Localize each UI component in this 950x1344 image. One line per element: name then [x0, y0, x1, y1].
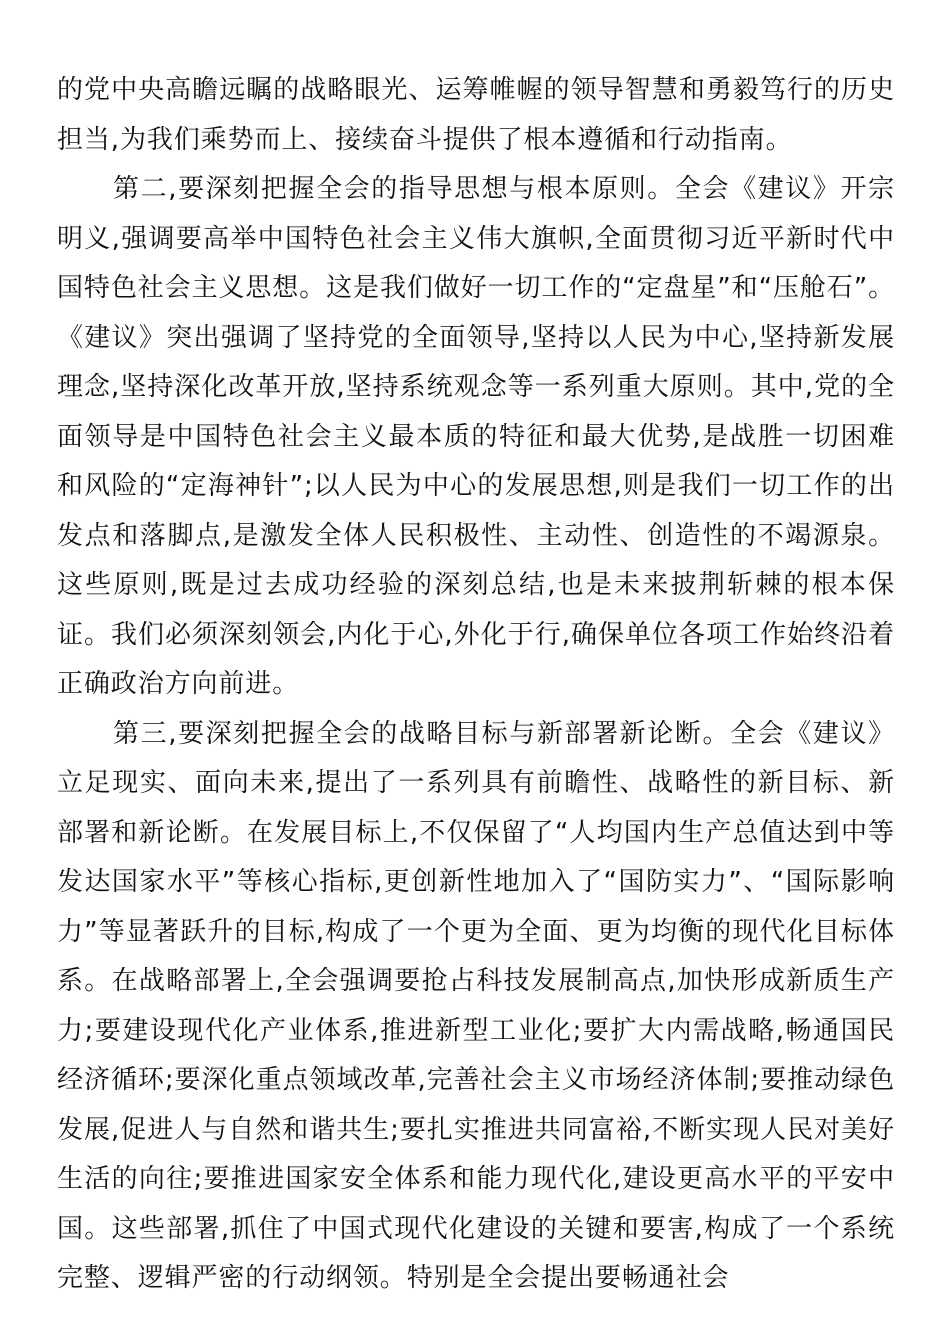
paragraph-continuation: 的党中央高瞻远瞩的战略眼光、运筹帷幄的领导智慧和勇毅笃行的历史担当,为我们乘势而…	[57, 66, 895, 165]
paragraph-third-point: 第三,要深刻把握全会的战略目标与新部署新论断。全会《建议》立足现实、面向未来,提…	[57, 710, 895, 1304]
paragraph-second-point: 第二,要深刻把握全会的指导思想与根本原则。全会《建议》开宗明义,强调要高举中国特…	[57, 165, 895, 710]
document-page: 的党中央高瞻远瞩的战略眼光、运筹帷幄的领导智慧和勇毅笃行的历史担当,为我们乘势而…	[57, 66, 895, 1304]
